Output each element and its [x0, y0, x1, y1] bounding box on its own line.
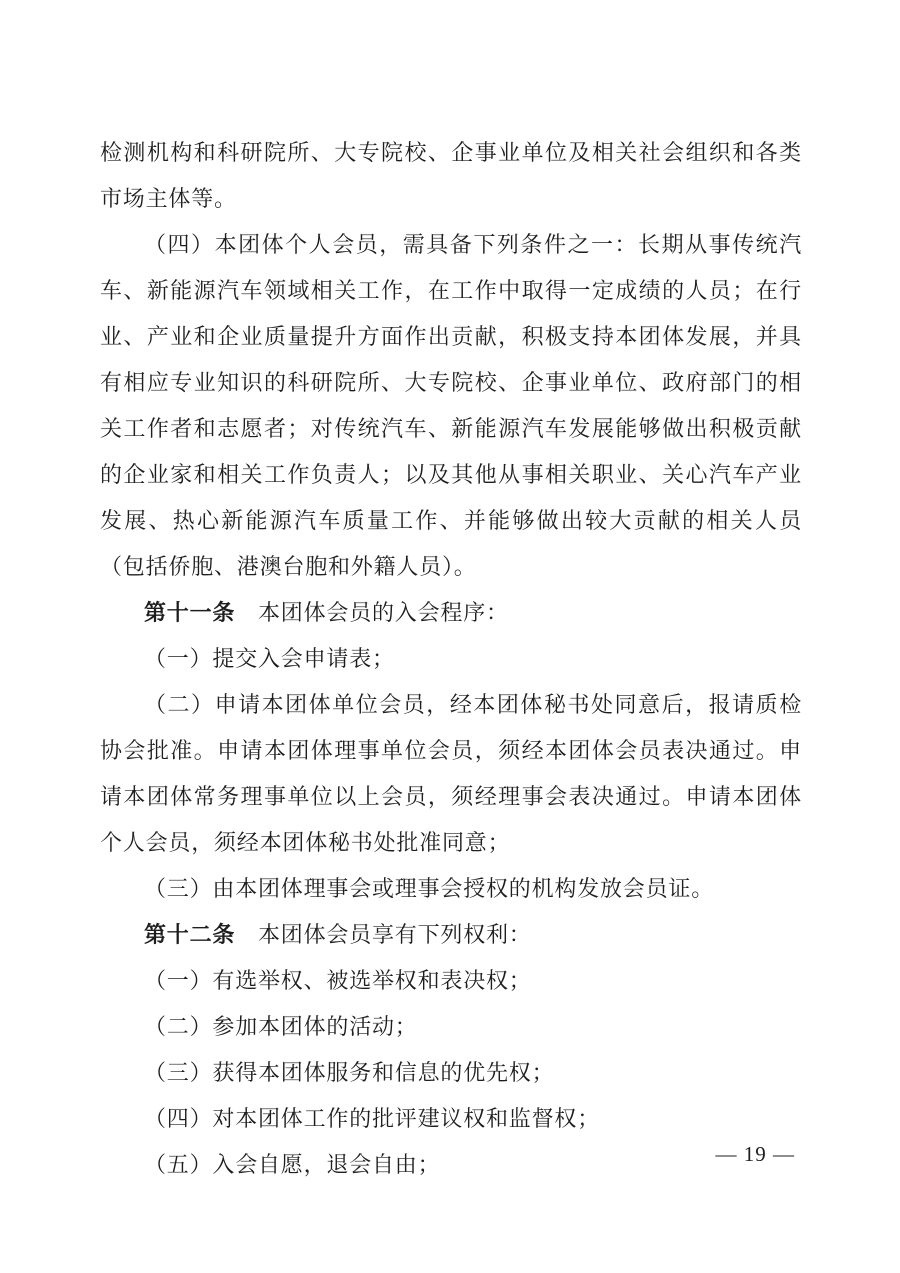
rights-item-4: （四）对本团体工作的批评建议权和监督权； [100, 1096, 802, 1142]
paragraph-continuation: 检测机构和科研院所、大专院校、企事业单位及相关社会组织和各类市场主体等。 [100, 130, 802, 222]
rights-item-3: （三）获得本团体服务和信息的优先权； [100, 1050, 802, 1096]
article-11-title: 本团体会员的入会程序： [235, 600, 509, 625]
document-page: 检测机构和科研院所、大专院校、企事业单位及相关社会组织和各类市场主体等。 （四）… [0, 0, 900, 1273]
document-body: 检测机构和科研院所、大专院校、企事业单位及相关社会组织和各类市场主体等。 （四）… [100, 130, 802, 1188]
article-11-heading: 第十一条 本团体会员的入会程序： [100, 590, 802, 636]
article-12-heading: 第十二条 本团体会员享有下列权利： [100, 912, 802, 958]
procedure-item-1: （一）提交入会申请表； [100, 636, 802, 682]
page-number: — 19 — [716, 1142, 796, 1166]
article-11-number: 第十一条 [144, 600, 235, 625]
rights-item-5: （五）入会自愿，退会自由； [100, 1142, 802, 1188]
rights-item-2: （二）参加本团体的活动； [100, 1004, 802, 1050]
clause-4-individual-members: （四）本团体个人会员，需具备下列条件之一：长期从事传统汽车、新能源汽车领域相关工… [100, 222, 802, 590]
article-12-title: 本团体会员享有下列权利： [235, 922, 531, 947]
rights-item-1: （一）有选举权、被选举权和表决权； [100, 958, 802, 1004]
procedure-item-3: （三）由本团体理事会或理事会授权的机构发放会员证。 [100, 866, 802, 912]
article-12-number: 第十二条 [144, 922, 235, 947]
procedure-item-2: （二）申请本团体单位会员，经本团体秘书处同意后，报请质检协会批准。申请本团体理事… [100, 682, 802, 866]
